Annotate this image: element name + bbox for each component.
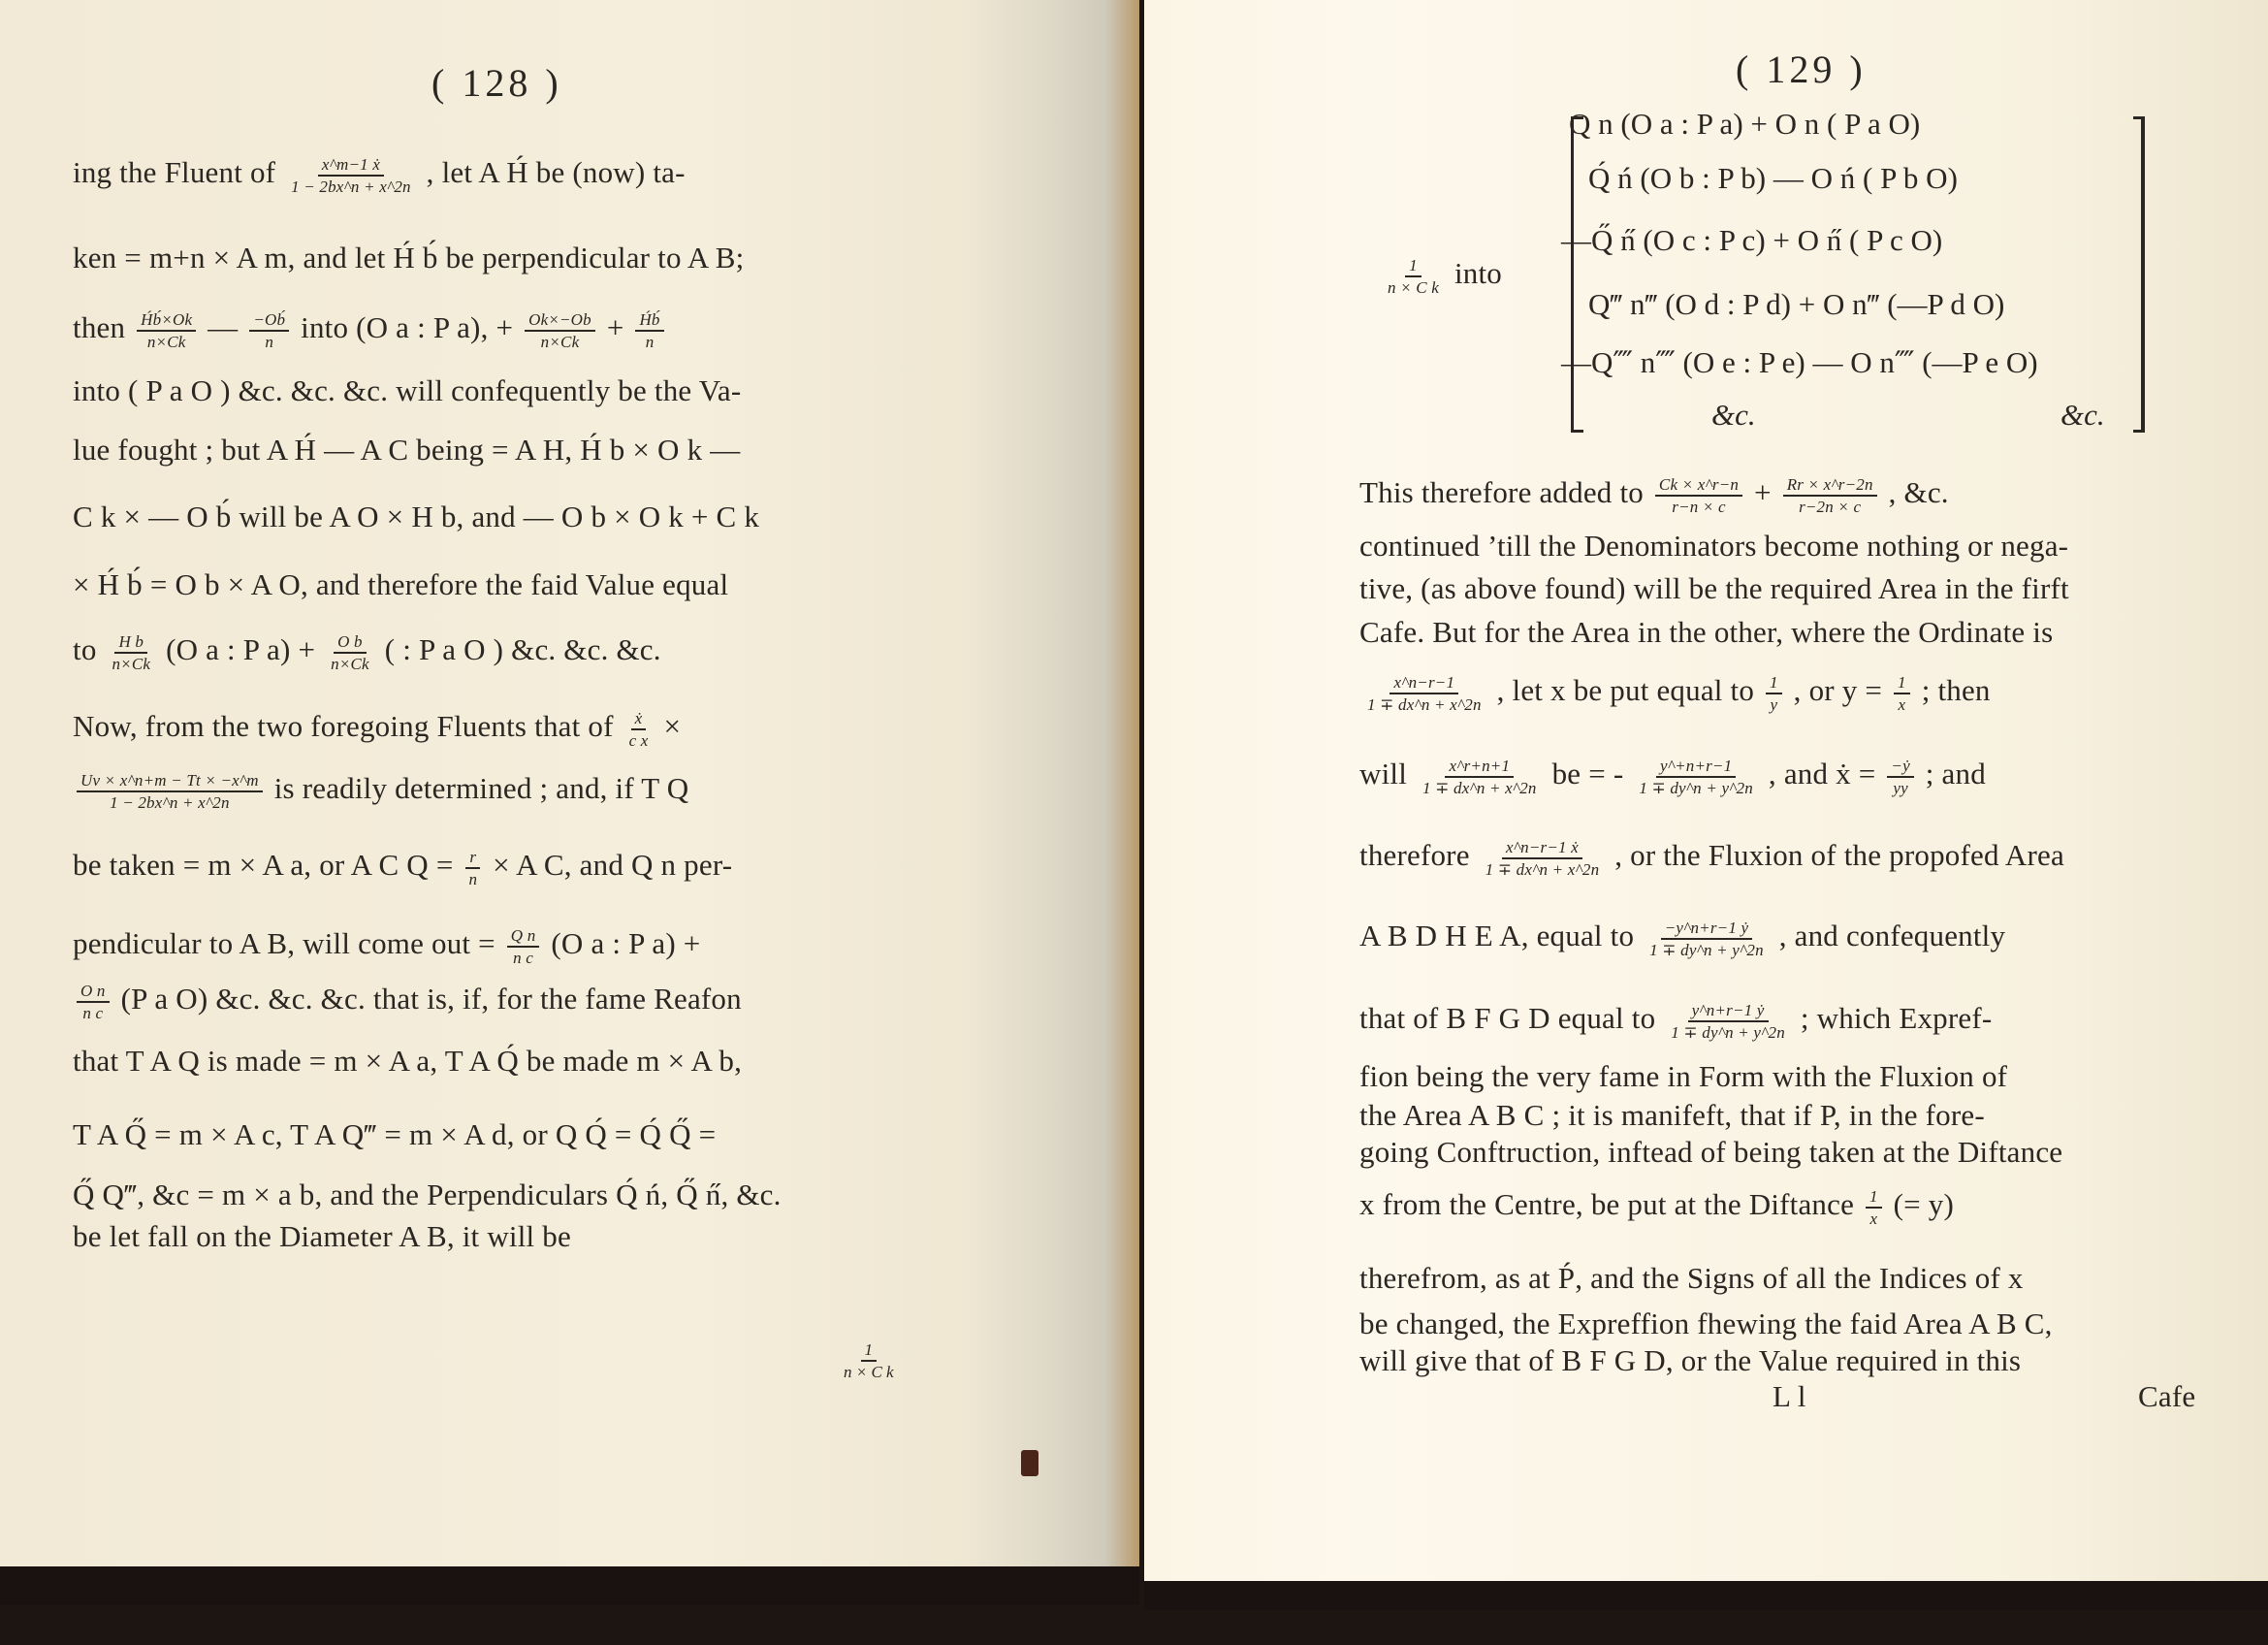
- text-line: T A Q̋ = m × A c, T A Q‴ = m × A d, or Q…: [73, 1115, 716, 1154]
- page-number: ( 128 ): [431, 60, 562, 106]
- text-line: to H bn×Ck (O a : P a) + O bn×Ck ( : P a…: [73, 630, 661, 673]
- text-line: be taken = m × A a, or A C Q = rn × A C,…: [73, 846, 732, 888]
- text-line: x from the Centre, be put at the Diftanc…: [1359, 1185, 1954, 1228]
- text-line: O nn c (P a O) &c. &c. &c. that is, if, …: [73, 980, 742, 1022]
- brace-row: Q n (O a : P a) + O n ( P a O): [1569, 107, 2122, 142]
- text-line: Q̋ Q‴, &c = m × a b, and the Perpendicul…: [73, 1176, 782, 1214]
- signature-mark: L l: [1773, 1377, 1806, 1416]
- left-brace: [1571, 116, 1583, 433]
- brace-row: Q‴ n‴ (O d : P d) + O n‴ (—P d O): [1588, 287, 2004, 322]
- page-edge-shadow: [0, 1566, 1139, 1605]
- catchword: Cafe: [2138, 1377, 2195, 1416]
- text-line: continued ’till the Denominators become …: [1359, 527, 2068, 565]
- text-line: will give that of B F G D, or the Value …: [1359, 1341, 2021, 1380]
- text-line: C k × — O b́ will be A O × H b, and — O …: [73, 498, 759, 536]
- right-page: ( 129 ) 1n × C k into Q n (O a : P a) + …: [1144, 0, 2268, 1610]
- text-line: lue fought ; but A H́ — A C being = A H,…: [73, 431, 740, 469]
- brace-row: Q́ ń (O b : P b) — O ń ( P b O): [1588, 161, 1958, 196]
- text-line: × H́ b́ = O b × A O, and therefore the f…: [73, 565, 728, 604]
- text-line: Now, from the two foregoing Fluents that…: [73, 707, 681, 750]
- text-line: Cafe. But for the Area in the other, whe…: [1359, 613, 2053, 652]
- text-line: then H́b́×Okn×Ck — −Ob́n into (O a : P a…: [73, 308, 668, 351]
- fraction: x^m−1 ẋ1 − 2bx^n + x^2n: [287, 155, 415, 196]
- brace-prefix: 1n × C k into: [1380, 254, 1502, 297]
- text-line: tive, (as above found) will be the requi…: [1359, 569, 2069, 608]
- text-line: therefrom, as at Ṕ, and the Signs of all…: [1359, 1259, 2024, 1298]
- right-brace: [2133, 116, 2145, 433]
- text-line: be let fall on the Diameter A B, it will…: [73, 1217, 571, 1256]
- catchword: 1n × C k: [836, 1340, 902, 1381]
- text-line: will x^r+n+11 ∓ dx^n + x^2n be = - y^+n+…: [1359, 755, 1986, 797]
- text-line: therefore x^n−r−1 ẋ1 ∓ dx^n + x^2n , or …: [1359, 836, 2064, 879]
- text-line: This therefore added to Ck × x^r−nr−n × …: [1359, 473, 1949, 516]
- text-line: that T A Q is made = m × A a, T A Q́ be …: [73, 1042, 742, 1081]
- text-line: fion being the very fame in Form with th…: [1359, 1057, 2007, 1096]
- text-line: that of B F G D equal to y^n+r−1 ẏ1 ∓ dy…: [1359, 999, 1992, 1042]
- text-line: Uv × x^n+m − Tt × −x^m1 − 2bx^n + x^2n i…: [73, 769, 688, 812]
- ink-stain: [1021, 1450, 1038, 1476]
- text-line: x^n−r−11 ∓ dx^n + x^2n , let x be put eq…: [1359, 671, 1991, 714]
- text-line: ken = m+n × A m, and let H́ b́ be perpen…: [73, 239, 744, 277]
- text-line: A B D H E A, equal to −y^n+r−1 ẏ1 ∓ dy^n…: [1359, 917, 2005, 959]
- left-page: ( 128 ) ing the Fluent of x^m−1 ẋ1 − 2bx…: [0, 0, 1139, 1605]
- text-line: be changed, the Expreffion fhewing the f…: [1359, 1305, 2053, 1343]
- brace-row: —Q⁗ n⁗ (O e : P e) — O n⁗ (—P e O): [1561, 345, 2038, 380]
- brace-row: —Q̋ n̋ (O c : P c) + O n̋ ( P c O): [1561, 223, 1942, 258]
- text-line: pendicular to A B, will come out = Q nn …: [73, 924, 700, 967]
- text-line: going Conftruction, inftead of being tak…: [1359, 1133, 2062, 1172]
- text-line: into ( P a O ) &c. &c. &c. will confeque…: [73, 371, 741, 410]
- page-number: ( 129 ): [1736, 47, 1867, 92]
- text-line: the Area A B C ; it is manifeft, that if…: [1359, 1096, 1985, 1135]
- text-line: ing the Fluent of x^m−1 ẋ1 − 2bx^n + x^2…: [73, 153, 926, 196]
- page-edge-shadow: [1144, 1581, 2268, 1610]
